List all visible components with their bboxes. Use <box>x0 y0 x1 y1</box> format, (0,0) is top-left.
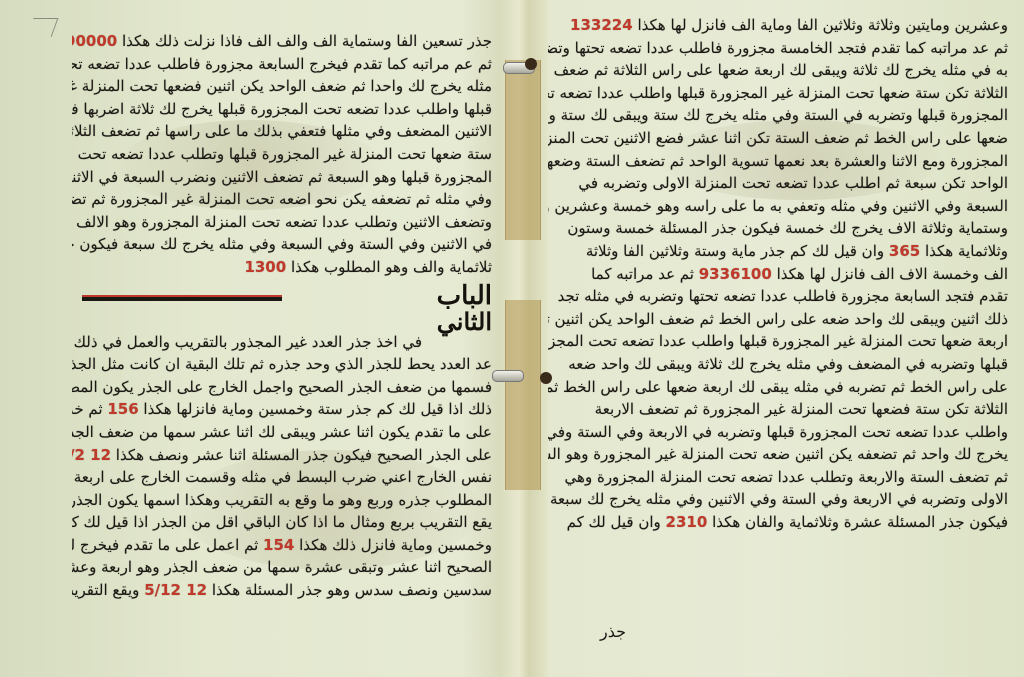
repair-tape <box>505 60 541 240</box>
binding-staple <box>492 370 524 382</box>
rubric-numeral: 1300 <box>244 258 286 276</box>
text-line: الثلاثة تكن ستة ضعها تحت المنزلة غير الم… <box>548 82 1008 105</box>
text-line: يخرج لك واحد ثم تضعفه يكن اثنين ضعه تحت … <box>548 443 1008 466</box>
text-line: المطلوب جذره وربع وهو ما وقع به التقريب … <box>72 489 492 512</box>
text-line: المجزورة قبلها وهو السبعة ثم تضعف الاثني… <box>72 166 492 189</box>
text-line: يقع التقريب بربع ومثال ما اذا كان الباقي… <box>72 511 492 534</box>
rubric-numeral: 156 <box>107 400 138 418</box>
rubric-numeral: 133224 <box>570 16 633 34</box>
text-line: وتضعف الاثنين وتطلب عددا تضعه تحت المنزل… <box>72 211 492 234</box>
text-line: في اخذ جذر العدد غير المجذور بالتقريب وا… <box>72 331 492 354</box>
text-line: المجزورة ومع الاثنا والعشرة بعد نعمها تس… <box>548 150 1008 173</box>
repair-tape <box>505 300 541 490</box>
text-line: الف وخمسة الاف الف فانزل لها هكذا 933610… <box>548 263 1008 286</box>
text-line: ثم عم مراتبه كما تقدم فيخرج السابعة مجزو… <box>72 53 492 76</box>
text-line: ذلك اثنين ويبقى لك واحد ضعه على راس الخط… <box>548 308 1008 331</box>
text-line: ذلك اذا قيل لك كم جذر ستة وخمسين وماية ف… <box>72 398 492 421</box>
rubric-numeral: 1690000 <box>72 32 117 50</box>
text-line: قبلها وتضربه في المضعف وفي مثله يخرج لك … <box>548 353 1008 376</box>
text-line: السبعة وفي الاثنين وفي مثله وتعفي به ما … <box>548 195 1008 218</box>
binding-hole <box>525 58 537 70</box>
rubric-numeral: 12 1/2 <box>72 446 111 464</box>
text-line: واطلب عددا تضعه تحت المجزورة قبلها وتضرب… <box>548 421 1008 444</box>
chapter-rule <box>82 295 282 301</box>
text-line: في الاثنين وفي الستة وفي السبعة وفي مثله… <box>72 233 492 256</box>
manuscript-spread: جذر تسعين الفا وستماية الف والف الف فاذا… <box>0 0 1024 677</box>
pencil-folio-mark <box>27 18 59 37</box>
text-line: على راس الخط ثم تضربه في مثله يبقى لك ار… <box>548 376 1008 399</box>
text-line: ثم تضعف الستة والاربعة وتطلب عددا تضعه ت… <box>548 466 1008 489</box>
text-line: مثله يخرج لك واحدا ثم ضعف الواحد يكن اثن… <box>72 75 492 98</box>
text-line: الاولى وتضربه في الاربعة وفي الستة وفي ا… <box>548 488 1008 511</box>
text-line: الثلاثة تكن ستة فضعها تحت المنزلة غير ال… <box>548 398 1008 421</box>
text-line: وستماية وثلاثة الاف يخرج لك خمسة فيكون ج… <box>548 217 1008 240</box>
rubric-numeral: 9336100 <box>699 265 772 283</box>
text-line: سدسين ونصف سدس وهو جذر المسئلة هكذا 12 5… <box>72 579 492 602</box>
rubric-numeral: 12 5/12 <box>144 581 207 599</box>
chapter-subtitle: الثاني <box>437 307 492 336</box>
left-page-text: جذر تسعين الفا وستماية الف والف الف فاذا… <box>72 30 492 602</box>
text-line: فسمها من ضعف الجذر الصحيح واجمل الخارج ع… <box>72 376 492 399</box>
text-line: وعشرين ومايتين وثلاثة وثلاثين الفا وماية… <box>548 14 1008 37</box>
text-line: وفي مثله ثم تضعفه يكن نحو اضعه تحت المنز… <box>72 188 492 211</box>
text-line: به في مثله يخرج لك ثلاثة ويبقى لك اربعة … <box>548 59 1008 82</box>
text-line: تقدم فتجد السابعة مجزورة فاطلب عددا تضعه… <box>548 285 1008 308</box>
text-line: وثلاثماية هكذا 365 وان قيل لك كم جذر ماي… <box>548 240 1008 263</box>
text-line: ضعها على راس الخط ثم ضعف الستة تكن اثنا … <box>548 127 1008 150</box>
right-page: وعشرين ومايتين وثلاثة وثلاثين الفا وماية… <box>548 0 1024 677</box>
text-line: وخمسين وماية فانزل ذلك هكذا 154 ثم اعمل … <box>72 534 492 557</box>
text-line: الصحيح اثنا عشر وتبقى عشرة سمها من ضعف ا… <box>72 556 492 579</box>
text-line: فيكون جذر المسئلة عشرة وثلاثماية والفان … <box>548 511 1008 534</box>
text-line: المجزورة قبلها وتضربه في الستة وفي مثله … <box>548 104 1008 127</box>
rubric-numeral: 2310 <box>666 513 708 531</box>
text-line: ثلاثماية والف وهو المطلوب هكذا 1300 <box>72 256 492 279</box>
text-line: اربعة ضعها تحت المنزلة غير المجزورة قبله… <box>548 330 1008 353</box>
text-line: ثم عد مراتبه كما تقدم فتجد الخامسة مجزور… <box>548 37 1008 60</box>
catchword: جذر <box>600 622 626 641</box>
rubric-numeral: 154 <box>263 536 294 554</box>
text-line: نفس الخارج اعني ضرب البسط في مثله وقسمت … <box>72 466 492 489</box>
chapter-heading: الباب الثاني <box>72 281 492 329</box>
text-line: على الجذر الصحيح فيكون جذر المسئلة اثنا … <box>72 444 492 467</box>
text-line: الاثنين المضعف وفي مثلها فتعفي بذلك ما ع… <box>72 120 492 143</box>
text-line: الواحد تكن سبعة ثم اطلب عددا تضعه تحت ال… <box>548 172 1008 195</box>
text-line: على ما تقدم يكون اثنا عشر ويبقى لك اثنا … <box>72 421 492 444</box>
rubric-numeral: 365 <box>889 242 920 260</box>
text-line: ستة ضعها تحت المنزلة غير المجزورة قبلها … <box>72 143 492 166</box>
text-line: عد العدد يحط للجذر الذي وحد جذره ثم تلك … <box>72 353 492 376</box>
text-line: جذر تسعين الفا وستماية الف والف الف فاذا… <box>72 30 492 53</box>
right-page-text: وعشرين ومايتين وثلاثة وثلاثين الفا وماية… <box>548 14 1008 534</box>
text-line: قبلها واطلب عددا تضعه تحت المجزورة قبلها… <box>72 98 492 121</box>
left-page: جذر تسعين الفا وستماية الف والف الف فاذا… <box>0 0 500 677</box>
